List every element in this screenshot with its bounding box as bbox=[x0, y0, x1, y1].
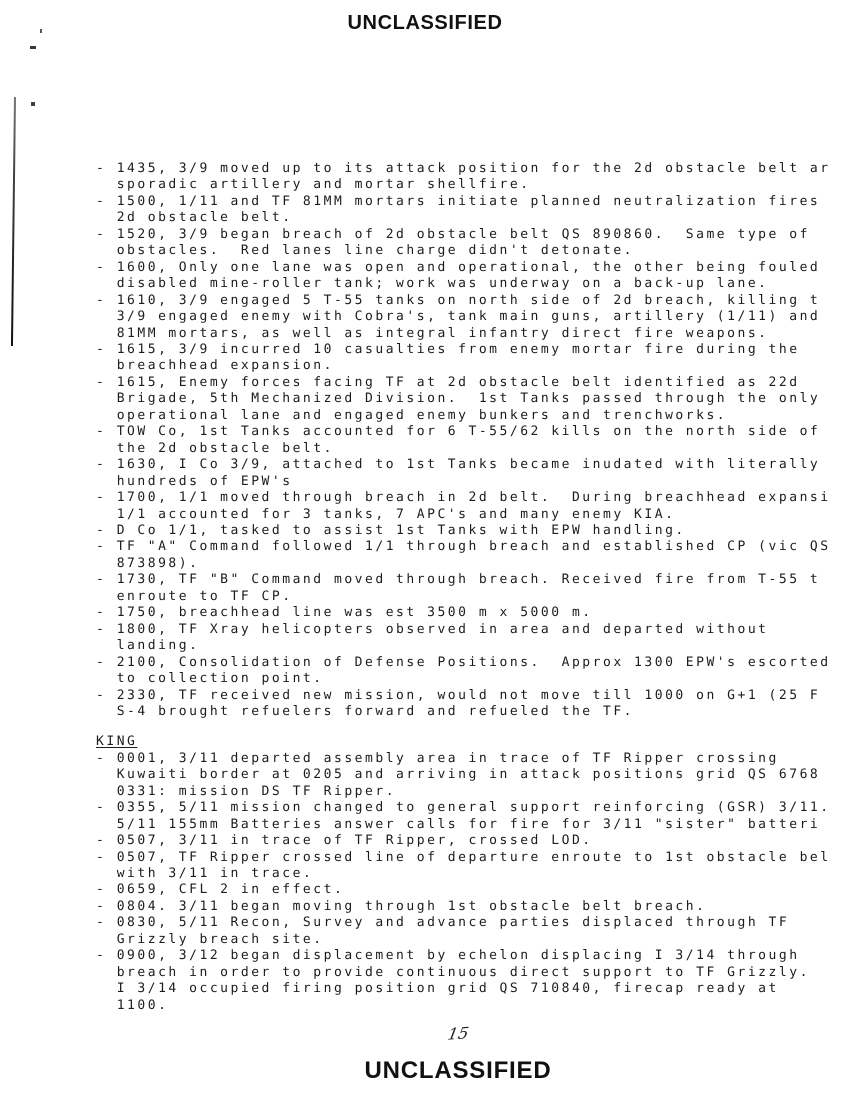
scan-speck bbox=[40, 29, 42, 33]
scan-speck bbox=[30, 46, 36, 49]
scanned-document-page: UNCLASSIFIED - 1435, 3/9 moved up to its… bbox=[0, 0, 850, 1094]
document-body: - 1435, 3/9 moved up to its attack posit… bbox=[96, 161, 850, 1014]
footer-classification-label: UNCLASSIFIED bbox=[33, 1057, 850, 1085]
event-log-section-2: - 0001, 3/11 departed assembly area in t… bbox=[96, 751, 850, 1014]
scan-fold-line bbox=[11, 97, 16, 346]
scan-speck bbox=[31, 102, 35, 106]
header-classification-label: UNCLASSIFIED bbox=[0, 12, 850, 35]
event-log-section-1: - 1435, 3/9 moved up to its attack posit… bbox=[96, 161, 850, 720]
handwritten-page-number: 15 bbox=[446, 1023, 470, 1043]
section-gap bbox=[96, 720, 850, 734]
king-section-heading: KING bbox=[96, 734, 850, 750]
